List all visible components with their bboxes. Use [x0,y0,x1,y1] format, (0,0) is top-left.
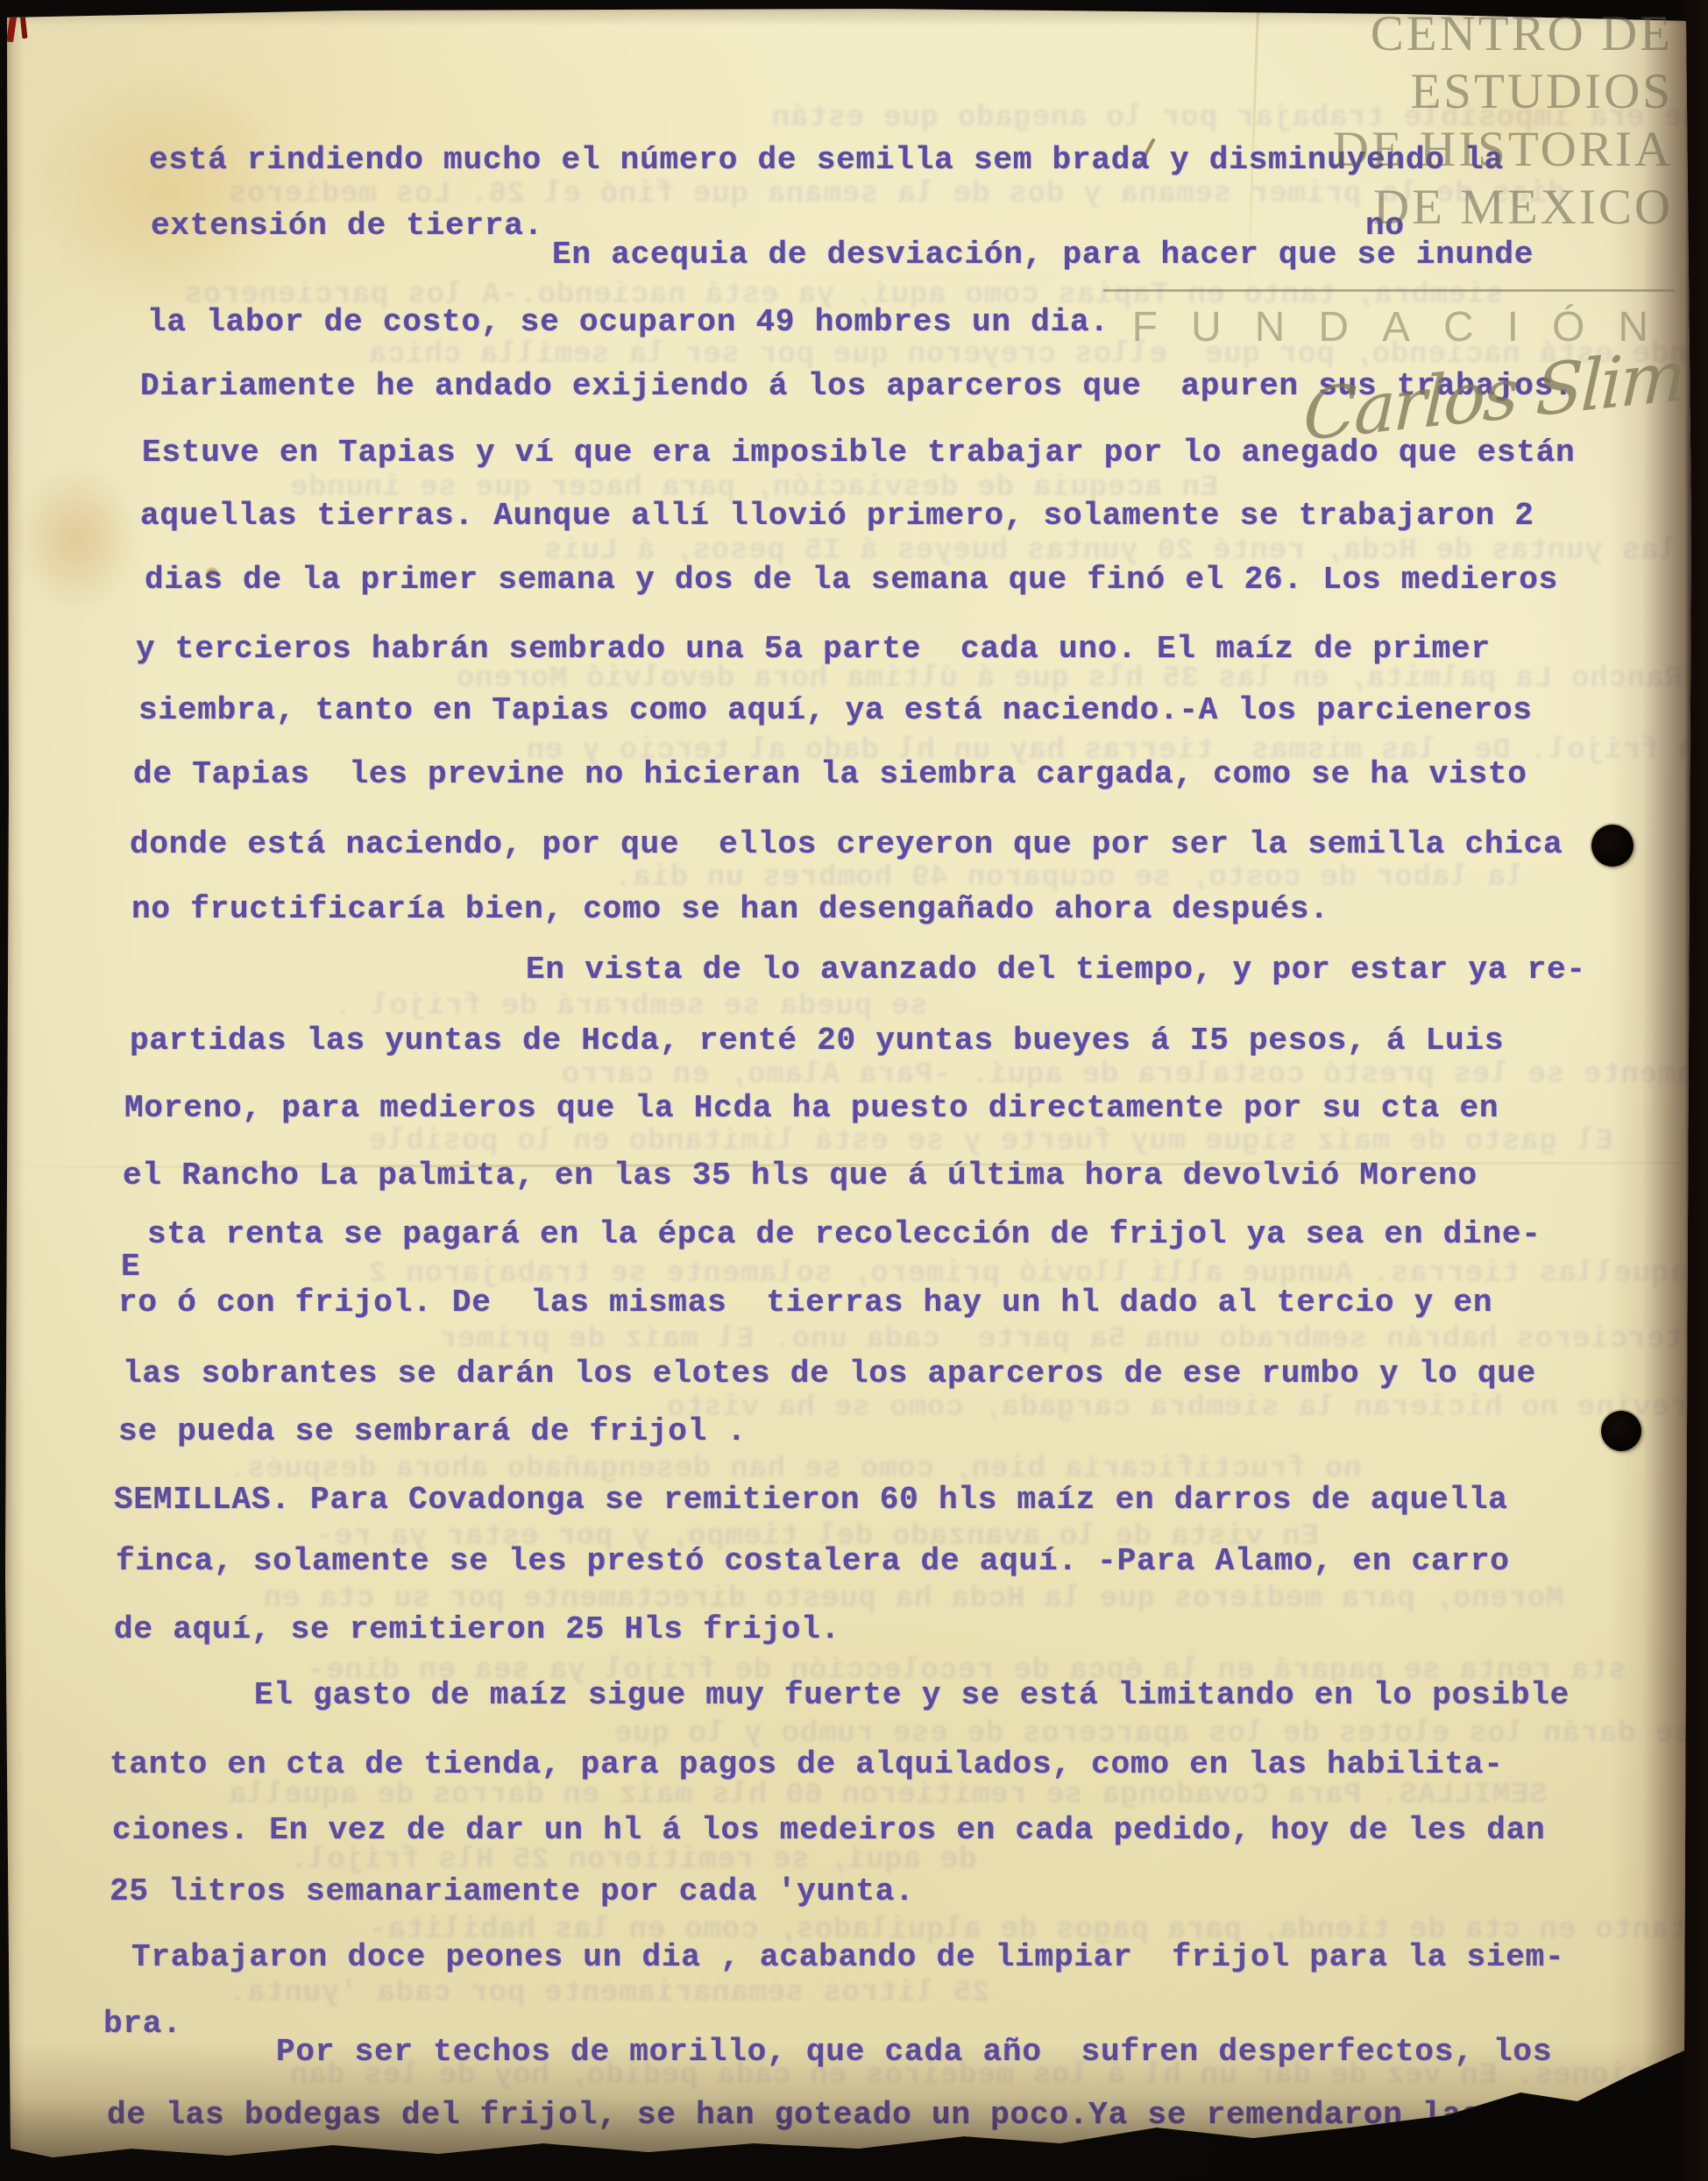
typewritten-line: SEMILLAS. Para Covadonga se remitieron 6… [114,1484,1508,1516]
document-page: está rindiendo mucho el número de semill… [0,0,1708,2181]
scan-background: está rindiendo mucho el número de semill… [0,0,1708,2181]
hole-punch [1601,1411,1641,1451]
typewritten-line: 25 litros semanariamente por cada 'yunta… [110,1876,915,1908]
typewritten-text-block: está rindiendo mucho el número de semill… [0,0,1708,2181]
typewritten-line: dias de la primer semana y dos de la sem… [145,564,1558,596]
typewritten-line: aquellas tierras. Aunque allí llovió pri… [140,500,1534,532]
bleedthrough-ghost-line: finca, solamente se les prestó costalera… [561,1060,1708,1090]
bleedthrough-ghost-line: las sobrantes se darán los elotes de los… [613,1719,1708,1749]
typewritten-line: de aquí, se remitieron 25 Hls frijol. [114,1614,840,1646]
typewritten-line: Moreno, para medieros que la Hcda ha pue… [124,1093,1499,1124]
bleedthrough-ghost-line: SEMILLAS. Para Covadonga se remitieron 6… [228,1781,1547,1810]
bleedthrough-ghost-line: sta renta se pagará en la épca de recole… [307,1656,1626,1686]
bleedthrough-ghost-line: dias de la primer semana y dos de la sem… [228,180,1566,209]
typewritten-line: donde está naciendo, por que ellos creye… [130,829,1563,860]
bleedthrough-ghost-line: Estuve en Tapias y ví que era imposible … [771,103,1708,133]
bleedthrough-ghost-line: donde está naciendo, por que ellos creye… [368,340,1708,370]
typewritten-line: tanto en cta de tienda, para pagos de al… [110,1749,1504,1781]
typewritten-line: está rindiendo mucho el número de semill… [149,145,1504,176]
bleedthrough-ghost-line: la labor de costo, se ocuparon 49 hombre… [613,863,1524,893]
typewritten-line: bra. [103,2008,182,2040]
bleedthrough-ghost-line: se pueda se sembrará de frijol . [333,992,928,1022]
typewritten-line: Diariamente he andado exijiendo á los ap… [140,371,1573,402]
bleedthrough-ghost-line: siembra, tanto en Tapias como aquí, ya e… [184,280,1503,310]
typewritten-line: En vista de lo avanzado del tiempo, y po… [526,954,1586,986]
typewritten-line: partidas las yuntas de Hcda, renté 20 yu… [130,1025,1504,1057]
bleedthrough-ghost-line: aquellas tierras. Aunque allí llovió pri… [368,1259,1687,1289]
typewritten-line: ro ó con frijol. De las mismas tierras h… [118,1287,1492,1319]
typewritten-line: de las bodegas del frijol, se han gotead… [107,2100,1481,2131]
bleedthrough-ghost-line: En vista de lo avanzado del tiempo, y po… [315,1522,1319,1552]
bleedthrough-ghost-line: tanto en cta de tienda, para pagos de al… [368,1915,1687,1945]
typewritten-line: Estuve en Tapias y ví que era imposible … [142,437,1575,469]
bleedthrough-ghost-line: el Rancho La palmita, en las 35 hls que … [456,664,1708,694]
typewritten-line: las sobrantes se darán los elotes de los… [123,1358,1536,1390]
bleedthrough-ghost-line: Moreno, para medieros que la Hcda ha pue… [263,1584,1563,1614]
bleedthrough-ghost-line: ciones. En vez de dar un hl á los medeir… [289,2061,1646,2091]
typewritten-line: extensión de tierra. [151,210,543,242]
typewritten-line: no fructificaría bien, como se han desen… [131,894,1329,925]
bleedthrough-ghost-line: no fructificaría bien, como se han desen… [228,1455,1361,1484]
bleedthrough-ghost-line: En acequia de desviación, para hacer que… [289,473,1218,503]
bleedthrough-ghost-line: y tercieros habrán sembrado una 5a parte… [438,1325,1708,1355]
typewritten-line: En acequia de desviación, para hacer que… [552,239,1534,271]
bleedthrough-ghost-line: El gasto de maíz sigue muy fuerte y se e… [368,1127,1613,1157]
typed-insertion: no [1365,210,1405,242]
typewritten-line: el Rancho La palmita, en las 35 hls que … [123,1160,1478,1192]
bleedthrough-ghost-line: 25 litros semanariamente por cada 'yunta… [228,1979,989,2008]
hole-punch [1591,825,1634,867]
typewritten-line: se pueda se sembrará de frijol . [118,1416,747,1448]
bleedthrough-ghost-line: de aquí, se remitieron 25 Hls frijol. [289,1845,977,1875]
typewritten-line: y tercieros habrán sembrado una 5a parte… [136,634,1491,665]
typed-insertion: E [121,1251,140,1283]
typewritten-line: ciones. En vez de dar un hl á los medeir… [112,1815,1545,1846]
bleedthrough-ghost-line: ro ó con frijol. De las mismas tierras h… [526,736,1708,766]
bleedthrough-ghost-line: de Tapias les previne no hicieran la sie… [666,1393,1708,1423]
typewritten-line: siembra, tanto en Tapias como aquí, ya e… [138,695,1533,726]
typewritten-line: sta renta se pagará en la épca de recole… [147,1219,1541,1250]
bleedthrough-ghost-line: partidas las yuntas de Hcda, renté 20 yu… [543,536,1708,566]
